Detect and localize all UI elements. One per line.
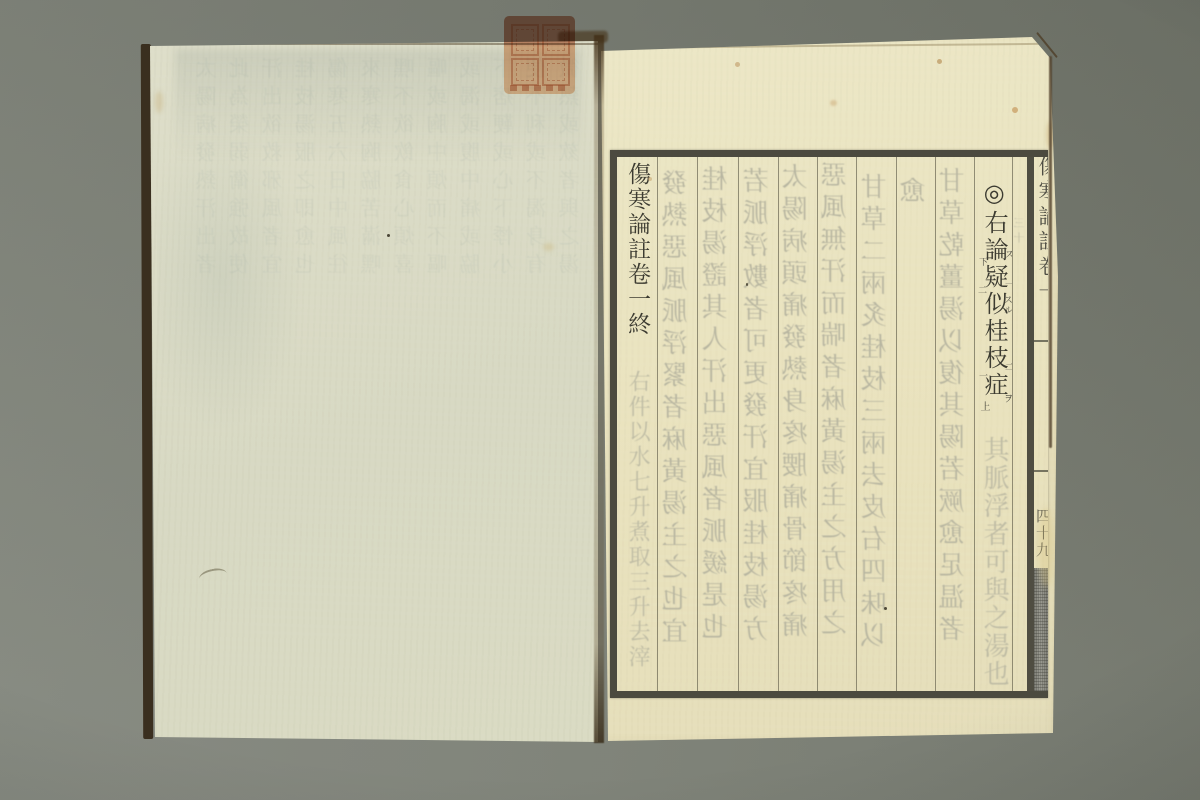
photo-of-open-book: 太陽病發熱汗出者 此為榮弱衛強故使 汗出欲救邪風者宜 桂枝湯服之即愈也 傷寒五六… [0,0,1200,800]
foxing-spot [648,177,652,181]
seal-pattern-block [511,24,539,56]
ghost-column: 嘔或胸中煩而不嘔 [422,57,455,697]
frame-right-border [1027,157,1034,691]
ink-speck [746,283,748,286]
foxing-spot [937,59,942,64]
kunten-mark: 下 [977,257,986,267]
foxing-spot [543,243,554,251]
ghost-column: 此為榮弱衛強故使 [224,57,257,697]
margin-column: 三十 [1013,157,1027,691]
bleedthrough-text: 其脈浮者可與之湯也 [979,436,1009,688]
column-grid: 傷寒論註卷一終 右件以水七升煮取三升去滓 發熱惡風脈浮緊者麻黃湯主之也宜 桂枝湯… [617,157,1027,691]
kunten-mark: スル [1002,295,1011,315]
ghost-column: 嘿不欲飲食心煩喜 [389,57,422,697]
foxing-spot [1012,107,1018,113]
ghost-column: 來寒熱胸脇苦滿嘿 [356,57,389,697]
edge-stain [1038,507,1054,587]
red-collector-seal [504,16,575,94]
fold-divider-line [1034,470,1048,472]
fold-divider-line [1034,340,1048,342]
ghost-column: 下痞鞕或心下悸小 [488,57,521,697]
column-end-title: 傷寒論註卷一終 右件以水七升煮取三升去滓 [617,157,658,691]
ghost-column: 傷寒五六日中風往 [323,57,356,697]
column-heading: ◎右論疑似桂枝症 其脈浮者可與之湯也 ス 下 一 二 スル 二 一 ヲ 上 [975,157,1013,691]
seal-pattern-block [542,24,570,56]
ghost-column: 或渴或腹中痛或脇 [455,57,488,697]
ink-speck [387,234,390,237]
fold-margin: 傷寒論註卷一 四十九 [1034,157,1048,691]
ghost-column: 微熱或欬者與之湯 [554,57,587,697]
left-page: 太陽病發熱汗出者 此為榮弱衛強故使 汗出欲救邪風者宜 桂枝湯服之即愈也 傷寒五六… [149,41,598,742]
foxing-spot [830,100,837,106]
ghost-column: 甘草二兩炙桂枝三兩去皮右四味以 [857,157,897,691]
ghost-column: 愈 [897,157,936,691]
kunten-mark: ス [1002,249,1012,260]
ghost-column: 若脈浮數者可更發汗宜服桂枝湯方 [739,157,779,691]
seal-pattern-block [511,58,539,86]
left-page-bleedthrough-columns: 太陽病發熱汗出者 此為榮弱衛強故使 汗出欲救邪風者宜 桂枝湯服之即愈也 傷寒五六… [191,57,587,697]
ghost-column: 桂枝湯證其人汗出惡風者脈緩是也 [698,157,739,691]
ghost-column: 發熱惡風脈浮緊者麻黃湯主之也宜 [658,157,698,691]
kunten-mark: 二 [1003,362,1012,372]
running-title: 傷寒論註卷一 [1037,157,1048,305]
ink-speck [884,607,887,610]
ghost-column: 桂枝湯服之即愈也 [290,57,323,697]
ghost-column: 甘草乾薑湯以復其陽若厥愈足温者 [936,157,975,691]
ghost-column: 太陽病頭痛發熱身疼腰痛骨節疼痛 [779,157,818,691]
ghost-column: 惡風無汗而喘者麻黃湯主之方用之 [818,157,857,691]
seal-pattern-block [542,58,570,86]
page-edge-right [1049,56,1052,448]
end-title-text: 傷寒論註卷一終 [624,162,650,337]
kunten-mark: 二 [976,285,985,295]
right-page: 傷寒論註卷一終 右件以水七升煮取三升去滓 發熱惡風脈浮緊者麻黃湯主之也宜 桂枝湯… [601,37,1059,741]
kunten-mark: 上 [978,401,988,412]
kunten-mark: 一 [977,371,986,381]
kunten-mark: ヲ [1001,393,1011,404]
kunten-mark: 一 [1003,279,1012,289]
text-frame: 傷寒論註卷一終 右件以水七升煮取三升去滓 發熱惡風脈浮緊者麻黃湯主之也宜 桂枝湯… [610,150,1048,698]
ghost-column: 太陽病發熱汗出者 [191,57,224,697]
bleedthrough-text: 右件以水七升煮取三升去滓 [625,370,650,670]
ghost-column: 便不利或不渴身有 [521,57,554,697]
seal-pattern-row [510,85,568,91]
ghost-column: 汗出欲救邪風者宜 [257,57,290,697]
foxing-spot [155,91,163,113]
foxing-spot [735,62,740,67]
book-gutter [594,35,604,743]
